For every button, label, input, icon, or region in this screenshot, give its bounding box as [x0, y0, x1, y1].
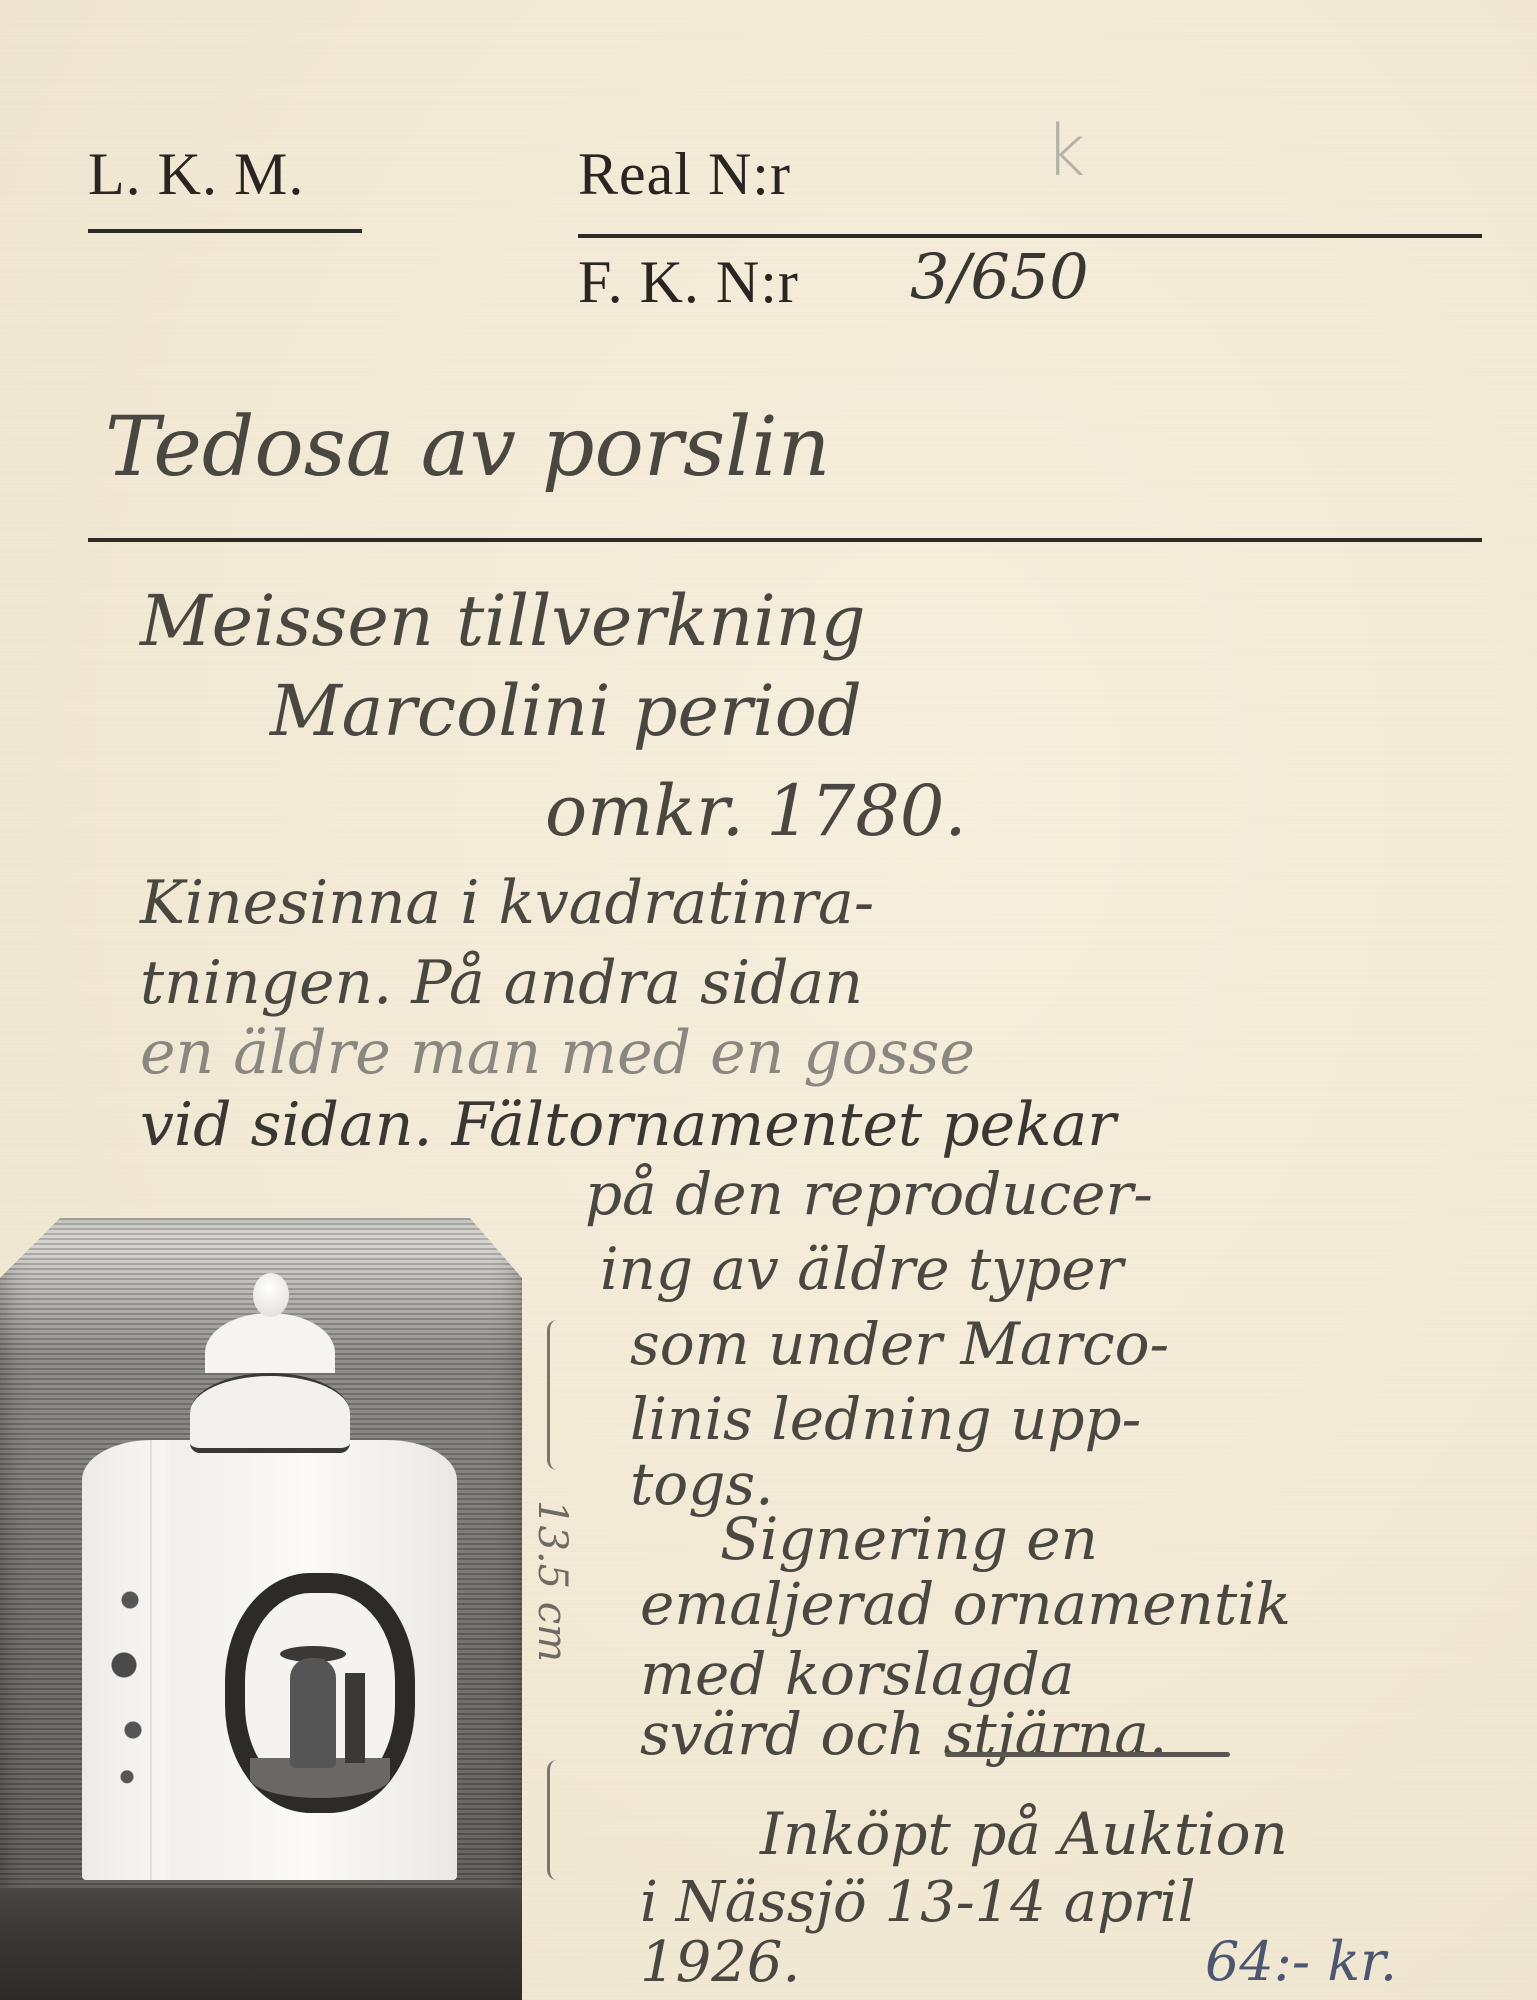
header-rule-left: [88, 229, 362, 233]
dimension-bracket-top: [547, 1320, 564, 1470]
description-line-3: omkr. 1780.: [545, 770, 967, 852]
body-line-11: emaljerad ornamentik: [640, 1570, 1291, 1638]
display-shelf: [0, 1888, 522, 2000]
floral-spray-decoration: [100, 1548, 160, 1808]
body-line-10: Signering en: [720, 1505, 1098, 1573]
catalog-card: L. K. M. Real N:r k F. K. N:r 3/650 Tedo…: [0, 0, 1537, 2000]
header-rule-right: [578, 234, 1482, 238]
title-rule: [88, 538, 1482, 542]
tea-caddy-lid: [190, 1373, 350, 1453]
body-line-7: som under Marco-: [630, 1310, 1169, 1378]
body-line-3: en äldre man med en gosse: [140, 1018, 975, 1088]
body-line-13: svärd och stjärna.: [640, 1700, 1167, 1768]
fk-nr-value: 3/650: [910, 240, 1089, 313]
body-line-4: vid sidan. Fältornamentet pekar: [140, 1090, 1116, 1160]
institution-label: L. K. M.: [88, 140, 304, 209]
real-nr-label: Real N:r: [578, 140, 791, 209]
fk-nr-label: F. K. N:r: [578, 248, 799, 317]
signature-underline: [945, 1752, 1230, 1757]
body-line-5: på den reproducer-: [585, 1160, 1153, 1228]
object-photo: [0, 1218, 522, 2000]
lid-knob: [253, 1273, 289, 1317]
description-line-2: Marcolini period: [270, 670, 862, 752]
body-line-6: ing av äldre typer: [600, 1235, 1123, 1303]
body-line-1: Kinesinna i kvadratinra-: [140, 868, 874, 938]
dimension-bracket-bottom: [547, 1760, 564, 1880]
object-title: Tedosa av porslin: [105, 400, 830, 495]
acquisition-line-2: i Nässjö 13-14 april: [640, 1870, 1196, 1935]
body-line-8: linis ledning upp-: [630, 1385, 1141, 1453]
acquisition-line-1: Inköpt på Auktion: [760, 1800, 1288, 1868]
price-note: 64:- kr.: [1205, 1930, 1397, 1993]
body-line-2: tningen. På andra sidan: [140, 948, 863, 1018]
tea-caddy-lid-dome: [205, 1313, 335, 1373]
garden-pillar: [345, 1673, 365, 1763]
description-line-1: Meissen tillverkning: [140, 580, 866, 662]
dimension-note: 13.5 cm: [529, 1500, 575, 1662]
acquisition-line-3: 1926.: [640, 1930, 800, 1995]
chinoiserie-figure: [290, 1658, 336, 1768]
real-nr-value: k: [1045, 110, 1086, 192]
body-line-12: med korslagda: [640, 1640, 1074, 1708]
